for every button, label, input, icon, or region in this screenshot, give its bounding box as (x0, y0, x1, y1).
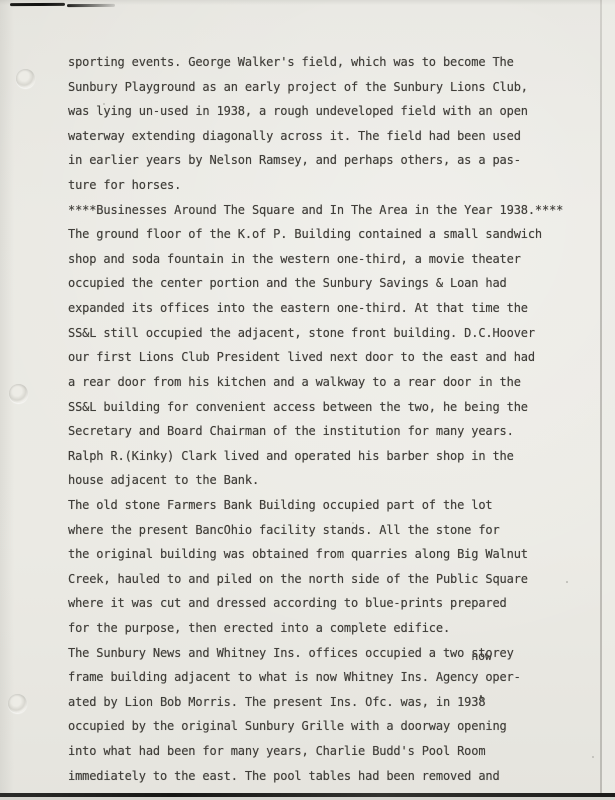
text-line: The old stone Farmers Bank Building occu… (68, 493, 608, 518)
text-line: sporting events. George Walker's field, … (68, 50, 608, 75)
text-line: frame building adjacent to what is now W… (68, 665, 608, 690)
paper-left-shading (0, 0, 14, 800)
text-line: immediately to the east. The pool tables… (68, 764, 608, 789)
text-line: was lying un-used in 1938, a rough undev… (68, 99, 608, 124)
document-page: sporting events. George Walker's field, … (0, 0, 615, 800)
text-line: shop and soda fountain in the western on… (68, 247, 608, 272)
text-line: The ground floor of the K.of P. Building… (68, 222, 608, 247)
text-line: a rear door from his kitchen and a walkw… (68, 370, 608, 395)
text-line: Creek, hauled to and piled on the north … (68, 567, 608, 592)
text-line: for the purpose, then erected into a com… (68, 616, 608, 641)
text-line: the original building was obtained from … (68, 542, 608, 567)
scan-artifact-top-mark-2 (67, 4, 115, 7)
text-line: Sunbury Playground as an early project o… (68, 75, 608, 100)
text-line: house adjacent to the Bank. (68, 468, 608, 493)
insertion-line-pre-text: frame building adjacent to what is now W… (68, 670, 478, 684)
text-line: Ralph R.(Kinky) Clark lived and operated… (68, 444, 608, 469)
text-line: our first Lions Club President lived nex… (68, 345, 608, 370)
scan-artifact-top-mark-1 (10, 3, 65, 6)
text-line: where the present BancOhio facility stan… (68, 518, 608, 543)
text-line: in earlier years by Nelson Ramsey, and p… (68, 148, 608, 173)
text-line: Secretary and Board Chairman of the inst… (68, 419, 608, 444)
text-line: into what had been for many years, Charl… (68, 739, 608, 764)
text-line: SS&L building for convenient access betw… (68, 395, 608, 420)
text-line: expanded its offices into the eastern on… (68, 296, 608, 321)
typewritten-text: sporting events. George Walker's field, … (68, 50, 608, 788)
caret-glyph: ∧ (478, 686, 483, 711)
insertion-line-post-text: oper- (485, 670, 520, 684)
insertion-word: now (471, 644, 491, 669)
scan-bottom-strip (0, 797, 615, 800)
text-line: ated by Lion Bob Morris. The present Ins… (68, 690, 608, 715)
text-line: where it was cut and dressed according t… (68, 591, 608, 616)
text-line: occupied by the original Sunbury Grille … (68, 714, 608, 739)
text-line: waterway extending diagonally across it.… (68, 124, 608, 149)
text-line: The Sunbury News and Whitney Ins. office… (68, 641, 608, 666)
text-line: SS&L still occupied the adjacent, stone … (68, 321, 608, 346)
text-line: ture for horses. (68, 173, 608, 198)
text-line: ****Businesses Around The Square and In … (68, 198, 608, 223)
text-line: occupied the center portion and the Sunb… (68, 271, 608, 296)
punch-hole-top (16, 69, 35, 88)
